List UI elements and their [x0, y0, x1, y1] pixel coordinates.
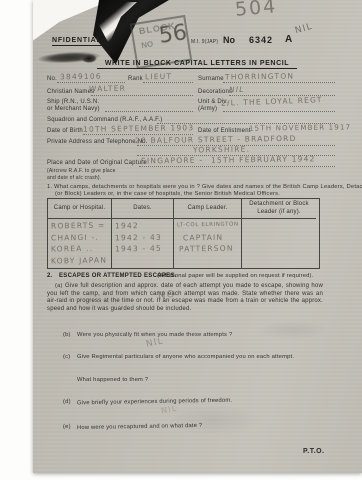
table-header-detachment: Detachment or BlockLeader (if any). [241, 199, 316, 219]
dotted-line [143, 81, 193, 83]
confidential-label: NFIDENTIAL [52, 37, 102, 46]
table-row: KOBY JAPAN [51, 254, 109, 266]
field-enlistment-label: Date of Enlistment [198, 128, 251, 134]
field-no-label: No. [47, 76, 57, 82]
handwritten-504: 504 [234, 0, 278, 21]
question1-line1: 1. What camps, detachments or hospitals … [47, 184, 362, 190]
mi9-no-label: No [223, 35, 235, 45]
table-row: 1943 - 45 [115, 243, 171, 255]
table-row: 1942 - 43 [115, 231, 171, 243]
table-header-dates: Dates. [111, 199, 173, 219]
field-address-value2: YORKSHIRE. [193, 145, 250, 155]
dotted-line [223, 110, 335, 112]
instruction-banner: WRITE IN BLOCK CAPITAL LETTERS IN PENCIL [97, 60, 297, 69]
question-d-text: Give briefly your experiences during per… [77, 398, 232, 407]
field-rank-label: Rank [128, 76, 143, 82]
stamp-no-label: NO [141, 39, 154, 50]
question-a-text: Give full description and approx. date o… [47, 283, 323, 313]
field-address-label: Private Address and Telephone No. [47, 139, 148, 145]
table-header-leader: Camp Leader. [173, 199, 241, 219]
table-col-leaders: LT-COL ELRINGTON CAPTAIN PATTERSON [173, 219, 241, 268]
field-ship-label1: Ship (R.N., U.S.N. [47, 99, 99, 105]
ink-smear-dark [81, 54, 97, 63]
table-row: CHANGI -. [51, 231, 109, 243]
field-ship-label2: or Merchant Navy) [47, 106, 100, 112]
table-header-camp: Camp or Hospital. [48, 199, 111, 219]
question-c-label: (c) [63, 354, 70, 360]
question-c-text: Give Regimental particulars of anyone wh… [77, 354, 294, 360]
table-col-dates: 1942 1942 - 43 1943 - 45 [111, 219, 173, 268]
dotted-line [223, 81, 335, 83]
section2-number: 2. [47, 273, 52, 279]
mi9-letter: A [285, 34, 292, 45]
field-dob-value: 10TH SEPTEMBER 1903 [83, 123, 194, 134]
field-surname-value: THORRINGTON [225, 72, 294, 82]
field-capture-label: Place and Date of Original Capture [47, 160, 147, 166]
table-row: CAPTAIN [177, 231, 239, 243]
field-capture-value: SINGAPORE - [141, 156, 203, 166]
table-row: LT-COL ELRINGTON [177, 220, 239, 232]
field-capture-note1: (Aircrew R.A.F. to give place [47, 168, 116, 174]
question-e-text: How were you recaptured and on what date… [77, 423, 202, 431]
table-row: ROBERTS = [51, 220, 109, 232]
field-christian-value: WALTER [89, 84, 126, 94]
field-squadron-label: Squadron and Command (R.A.F., A.A.F.) [47, 117, 162, 123]
field-capture-value2: 15TH FEBRUARY 1942 [211, 154, 316, 164]
field-enlistment-value: 15TH NOVEMBER 1917 [249, 123, 351, 132]
camps-table: Camp or Hospital. Dates. Camp Leader. De… [47, 198, 320, 269]
handwritten-nil-top: NIL [294, 22, 314, 37]
field-no-value: 3849106 [60, 72, 102, 82]
dotted-line [57, 81, 125, 83]
question-b-label: (b) [63, 332, 71, 338]
table-row: 1942 [115, 220, 171, 232]
form-page: NFIDENTIAL BLOCK NO 56 M.I. 9(JAP) No 63… [33, 0, 362, 473]
field-dob-label: Date of Birth [47, 128, 83, 134]
section2-note: (Additional paper will be supplied on re… [157, 273, 313, 279]
table-col-detachment [241, 219, 316, 268]
field-rank-value: LIEUT [145, 72, 172, 81]
pto-label: P.T.O. [303, 448, 325, 455]
field-unit-label2: (Army) [198, 106, 217, 112]
table-row: PATTERSON [177, 243, 239, 255]
table-row: KOREA .. [51, 243, 109, 255]
field-unit-value: 2/L. THE LOYAL REGT [221, 95, 323, 108]
field-surname-label: Surname [198, 76, 224, 82]
question-d-label: (d) [63, 399, 71, 405]
table-col-camps: ROBERTS = CHANGI -. KOREA .. KOBY JAPAN [48, 219, 111, 268]
field-decorations-value: NIL [229, 85, 245, 94]
field-christian-label: Christian Names [47, 89, 94, 95]
dotted-line [91, 94, 193, 96]
stamp-handwritten-number: 56 [157, 20, 188, 49]
answer-d-handwritten: NIL [160, 403, 178, 415]
question-e-label: (e) [63, 424, 71, 430]
field-decorations-label: Decorations [198, 89, 232, 95]
answer-b-handwritten: NIL [145, 336, 165, 350]
question-c2-text: What happened to them ? [77, 377, 148, 383]
dotted-line [105, 110, 193, 112]
dotted-line [139, 165, 335, 167]
mi9-number: 6342 [249, 35, 273, 45]
mi9-label: M.I. 9(JAP) [191, 39, 218, 45]
field-capture-note2: and date of a/c crash). [47, 175, 101, 181]
question1-line2: (or Block) Leaders or, in the case of ho… [55, 191, 280, 197]
